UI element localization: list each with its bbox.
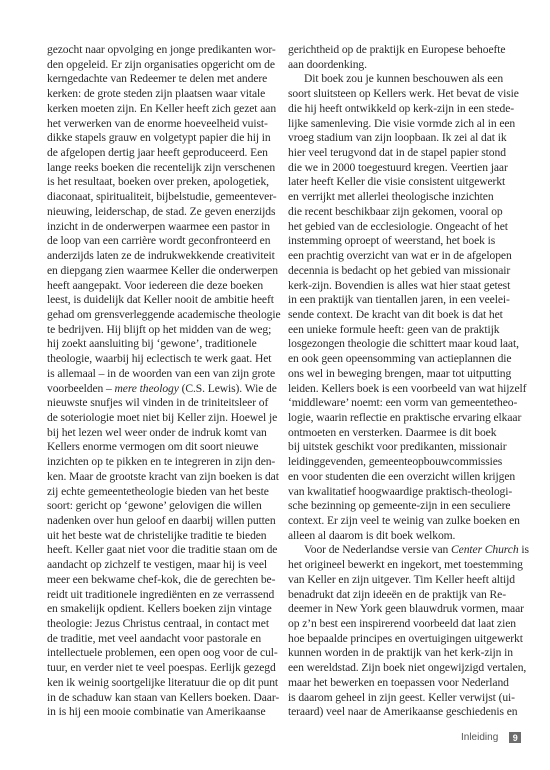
text-line: een unieke formule heeft: geen van de pr… <box>288 323 510 338</box>
italic-title: Center Church <box>451 543 519 556</box>
text-line: later heeft Keller die visie consistent … <box>288 175 510 190</box>
text-line: vroeg stadium van zijn loopbaan. Ik zei … <box>288 131 510 146</box>
text-line: intellectuele problemen, een open oog vo… <box>47 646 267 661</box>
text-line: en voor studenten die een overzicht will… <box>288 470 510 485</box>
left-text-column: gezocht naar opvolging en jonge predikan… <box>47 43 267 720</box>
text-line: context. Er zijn veel te weinig van zulk… <box>288 514 510 529</box>
page-number: 9 <box>509 732 521 743</box>
text-line: aan doordenking. <box>288 58 510 73</box>
text-line: in een praktijk van tientallen jaren, in… <box>288 293 510 308</box>
text-line: leest, is duidelijk dat Keller nooit de … <box>47 293 267 308</box>
text-line: instemming oproept of weerstand, het boe… <box>288 234 510 249</box>
text-line: ken ik weinig soortgelijke literatuur di… <box>47 676 267 691</box>
text-line: die we in 2000 toegestuurd kregen. Veert… <box>288 161 510 176</box>
text-line: is daarom geheel in zijn geest. Keller v… <box>288 691 510 706</box>
text-line: hier veel terugvond dat in de stapel pap… <box>288 146 510 161</box>
text-line: het origineel bewerkt en ingekort, met t… <box>288 558 510 573</box>
text-line: bij uitstek geschikt voor predikanten, m… <box>288 440 510 455</box>
text-line: lijke samenleving. Die visie vormde zich… <box>288 117 510 132</box>
text-line: leiden. Kellers boek is een voorbeeld va… <box>288 382 510 397</box>
text-line: diaconaat, spiritualiteit, bijbelstudie,… <box>47 190 267 205</box>
text-line: soort: gericht op ‘gewone’ gelovigen die… <box>47 499 267 514</box>
text-line: maar het bewerken en toepassen voor Nede… <box>288 676 510 691</box>
text-line: gerichtheid op de praktijk en Europese b… <box>288 43 510 58</box>
text-line: en diepgang zien waarmee Keller die onde… <box>47 264 267 279</box>
text-line: heeft aangepakt. Voor iedereen die deze … <box>47 279 267 294</box>
text-line: is het resultaat, boeken over preken, ap… <box>47 175 267 190</box>
text-line: theologie, waarbij hij eclectisch te wer… <box>47 352 267 367</box>
text-line: de loop van een carrière wordt geconfron… <box>47 234 267 249</box>
text-line: inzicht in de onderwerpen waarmee een pa… <box>47 220 267 235</box>
text-segment: is <box>519 543 529 556</box>
text-line: soort sluitsteen op Kellers werk. Het be… <box>288 87 510 102</box>
text-line: Voor de Nederlandse versie van Center Ch… <box>288 543 510 558</box>
text-line: anderzijds laten ze de indrukwekkende cr… <box>47 249 267 264</box>
text-line: een wereldstad. Zijn boek niet ongewijzi… <box>288 661 510 676</box>
text-line: alleen al daarom is dit boek welkom. <box>288 529 510 544</box>
text-line: heeft. Keller gaat niet voor die traditi… <box>47 543 267 558</box>
running-header-section: Inleiding <box>461 732 498 743</box>
text-line: ontmoeten en versterken. Daarmee is dit … <box>288 426 510 441</box>
text-line: kerk-zijn. Bovendien is alles wat hier s… <box>288 279 510 294</box>
text-line: hoe bepaalde principes en overtuigingen … <box>288 632 510 647</box>
text-line: logie, waarin reflectie en praktische er… <box>288 411 510 426</box>
text-line: nadenken over hun geloof en daarbij will… <box>47 514 267 529</box>
text-line: gehad om grensverleggende academische th… <box>47 308 267 323</box>
text-segment: Voor de Nederlandse versie van <box>304 543 451 556</box>
text-segment: voorbeelden – <box>47 382 115 395</box>
text-line: benadrukt dat zijn ideeën en de praktijk… <box>288 588 510 603</box>
text-line: de soteriologie moet niet bij Keller zij… <box>47 411 267 426</box>
text-line: meer een bekwame chef-kok, die de gerech… <box>47 573 267 588</box>
right-text-column: gerichtheid op de praktijk en Europese b… <box>288 43 510 720</box>
text-line: een prachtig overzicht van wat er in de … <box>288 249 510 264</box>
text-line: Dit boek zou je kunnen beschouwen als ee… <box>288 72 510 87</box>
text-line: de afgelopen dertig jaar heeft geproduce… <box>47 146 267 161</box>
text-line: aandacht op zichzelf te vestigen, maar h… <box>47 558 267 573</box>
text-line: op z’n best een inspirerend voorbeeld da… <box>288 617 510 632</box>
text-line: en smakelijk opdient. Kellers boeken zij… <box>47 602 267 617</box>
text-line: gezocht naar opvolging en jonge predikan… <box>47 43 267 58</box>
text-line: die hij heeft ontwikkeld op kerk-zijn in… <box>288 102 510 117</box>
text-line: zij echte gemeentetheologie bieden van h… <box>47 485 267 500</box>
text-line: in is hij een mooie combinatie van Ameri… <box>47 705 267 720</box>
text-line: reidt uit traditionele ingrediënten en z… <box>47 588 267 603</box>
text-line: ken. Maar de grootste kracht van zijn bo… <box>47 470 267 485</box>
text-line: nieuwste snufjes wil vinden in de trinit… <box>47 396 267 411</box>
text-line: dikke stapels grauw en volgetypt papier … <box>47 131 267 146</box>
text-line: bij het lezen wel weer onder de indruk k… <box>47 426 267 441</box>
text-line: kerngedachte van Redeemer te delen met a… <box>47 72 267 87</box>
page-footer: Inleiding 9 <box>461 732 521 743</box>
text-line: Kellers enorme vermogen om dit soort nie… <box>47 440 267 455</box>
text-line: theologie: Jezus Christus centraal, in c… <box>47 617 267 632</box>
text-segment: (C.S. Lewis). Wie de <box>179 382 277 395</box>
text-line: inzichten op te pikken en te integreren … <box>47 455 267 470</box>
text-line: kunnen worden in de praktijk van het ker… <box>288 646 510 661</box>
text-line: het gebied van de ecclesiologie. Ongeach… <box>288 220 510 235</box>
text-line: van Keller en zijn uitgever. Tim Keller … <box>288 573 510 588</box>
text-line: decennia is bedacht op het gebied van mi… <box>288 264 510 279</box>
text-line: te bedrijven. Hij blijft op het midden v… <box>47 323 267 338</box>
text-line: kerken: de grote steden zijn plaatsen wa… <box>47 87 267 102</box>
text-line: uit het beste wat de christelijke tradit… <box>47 529 267 544</box>
text-line: kerken moeten zijn. En Keller heeft zich… <box>47 102 267 117</box>
text-line: is allemaal – in de woorden van een van … <box>47 367 267 382</box>
text-line: tuur, en verder niet te veel poespas. Ee… <box>47 661 267 676</box>
text-line: nieuwing, leiderschap, de stad. Ze geven… <box>47 205 267 220</box>
text-line: in de schaduw kan staan van Kellers boek… <box>47 691 267 706</box>
text-line: ons wel in beweging brengen, maar tot ui… <box>288 367 510 382</box>
italic-title: mere theology <box>115 382 179 395</box>
text-line: die recent beschikbaar zijn gekomen, voo… <box>288 205 510 220</box>
text-line: den opgeleid. Er zijn organisaties opger… <box>47 58 267 73</box>
text-line: deemer in New York geen blauwdruk vormen… <box>288 602 510 617</box>
text-line: en ook geen opeensomming van actieplanne… <box>288 352 510 367</box>
text-line: en verrijkt met allerlei theologische in… <box>288 190 510 205</box>
text-line: leidinggevenden, gemeenteopbouwcommissie… <box>288 455 510 470</box>
text-line: hij zoekt aansluiting bij ‘gewone’, trad… <box>47 337 267 352</box>
text-line: sche bezinning op gemeente-zijn in een s… <box>288 499 510 514</box>
text-line: teraard) veel naar de Amerikaanse geschi… <box>288 705 510 720</box>
text-line: voorbeelden – mere theology (C.S. Lewis)… <box>47 382 267 397</box>
text-line: ‘middleware’ noemt: een vorm van gemeent… <box>288 396 510 411</box>
text-line: sende context. De kracht van dit boek is… <box>288 308 510 323</box>
text-line: de traditie, met veel aandacht voor past… <box>47 632 267 647</box>
text-line: losgezongen theologie die schittert maar… <box>288 337 510 352</box>
text-line: het verwerken van de enorme hoeveelheid … <box>47 117 267 132</box>
text-line: lange reeks boeken die recentelijk zijn … <box>47 161 267 176</box>
text-line: van kwalitatief hoogwaardige praktisch-t… <box>288 485 510 500</box>
